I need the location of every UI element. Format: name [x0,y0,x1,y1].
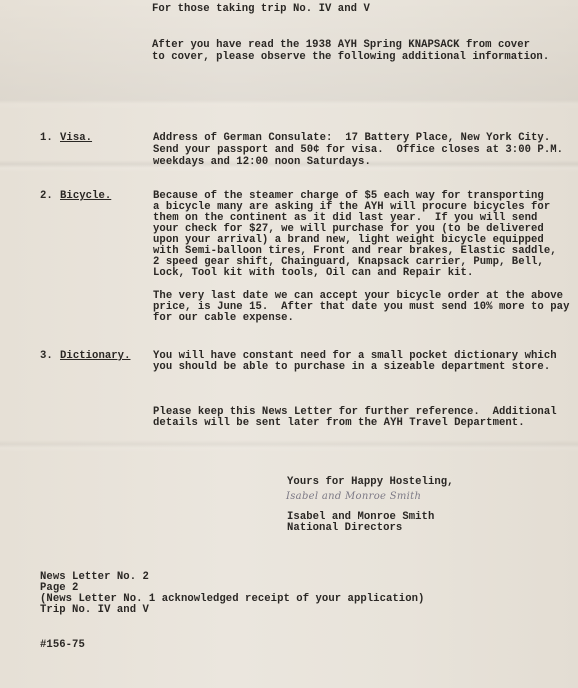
bicycle-line: Lock, Tool kit with tools, Oil can and R… [153,268,473,280]
closing-note-line: details will be sent later from the AYH … [153,418,525,430]
item-heading-visa: Visa. [60,133,92,145]
visa-line: weekdays and 12:00 noon Saturdays. [153,157,371,169]
dictionary-line: you should be able to purchase in a size… [153,362,550,374]
visa-line: Address of German Consulate: 17 Battery … [153,133,550,145]
reference-number: #156-75 [40,640,85,652]
item-heading-bicycle: Bicycle. [60,191,111,203]
bicycle-deadline-line: for our cable expense. [153,313,294,325]
letter-page: For those taking trip No. IV and V After… [0,0,578,688]
item-number-visa: 1. [40,133,53,145]
item-number-dictionary: 3. [40,351,53,363]
item-number-bicycle: 2. [40,191,53,203]
visa-line: Send your passport and 50¢ for visa. Off… [153,145,563,157]
signer-title: National Directors [287,523,402,535]
item-heading-dictionary: Dictionary. [60,351,130,363]
footer-line: Trip No. IV and V [40,605,149,617]
intro-line-2: to cover, please observe the following a… [152,52,549,64]
intro-line-1: After you have read the 1938 AYH Spring … [152,40,530,52]
handwritten-signature: Isabel and Monroe Smith [286,491,421,502]
trip-line: For those taking trip No. IV and V [152,4,370,16]
salutation: Yours for Happy Hosteling, [287,477,454,489]
